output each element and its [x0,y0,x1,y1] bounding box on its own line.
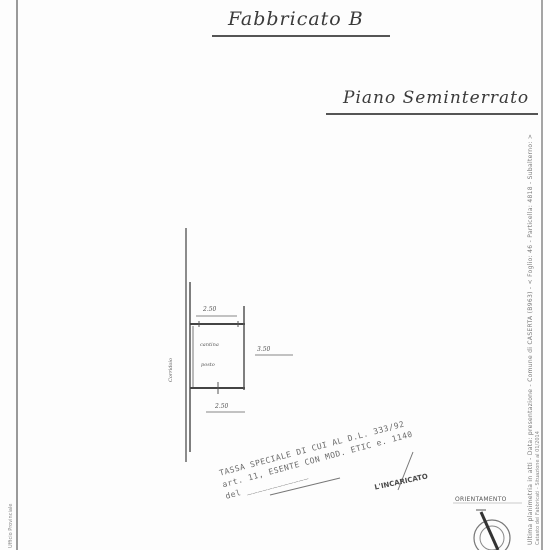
right-dimension-label: 3.50 [257,346,270,353]
room-label-line2: posto [201,362,215,368]
right-margin-registry-text-2: Catasto dei Fabbricati - Situazione al 0… [535,431,541,545]
orientation-label: ORIENTAMENTO [455,496,507,503]
right-margin-registry-text: Ultima planimetria in atti - Data: prese… [527,134,534,545]
room-label-line1: cantina [200,342,219,348]
bottom-dimension-label: 2.50 [215,403,228,410]
corridor-label: Corridoio [168,358,174,382]
top-dimension-label: 2.50 [203,306,216,313]
left-margin-text: Ufficio Provinciale [8,504,14,548]
scanned-floor-plan-page: Fabbricato B Piano Seminterrato Corridoi… [0,0,550,550]
